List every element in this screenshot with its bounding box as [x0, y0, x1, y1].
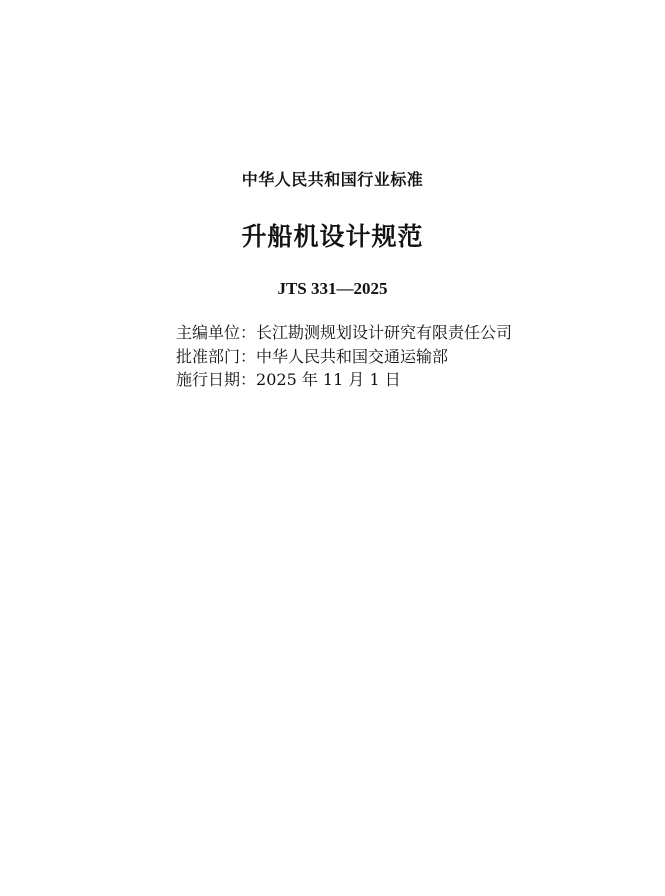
meta-separator: ： — [240, 323, 256, 342]
standard-code: JTS 331—2025 — [0, 279, 665, 299]
document-metadata: 主编单位：长江勘测规划设计研究有限责任公司 批准部门：中华人民共和国交通运输部 … — [176, 321, 512, 392]
effective-date-row: 施行日期：2025 年 11 月 1 日 — [176, 368, 512, 392]
meta-label: 施行日期 — [176, 370, 240, 389]
document-page: 中华人民共和国行业标准 升船机设计规范 JTS 331—2025 主编单位：长江… — [0, 0, 665, 896]
meta-label: 主编单位 — [176, 323, 240, 342]
approval-department-row: 批准部门：中华人民共和国交通运输部 — [176, 345, 512, 369]
document-title: 升船机设计规范 — [0, 221, 665, 253]
meta-value: 2025 年 11 月 1 日 — [256, 370, 401, 389]
meta-value: 长江勘测规划设计研究有限责任公司 — [256, 323, 512, 342]
meta-separator: ： — [240, 347, 256, 366]
chief-editor-row: 主编单位：长江勘测规划设计研究有限责任公司 — [176, 321, 512, 345]
meta-separator: ： — [240, 370, 256, 389]
meta-label: 批准部门 — [176, 347, 240, 366]
issuer-heading: 中华人民共和国行业标准 — [0, 170, 665, 190]
meta-value: 中华人民共和国交通运输部 — [256, 347, 448, 366]
